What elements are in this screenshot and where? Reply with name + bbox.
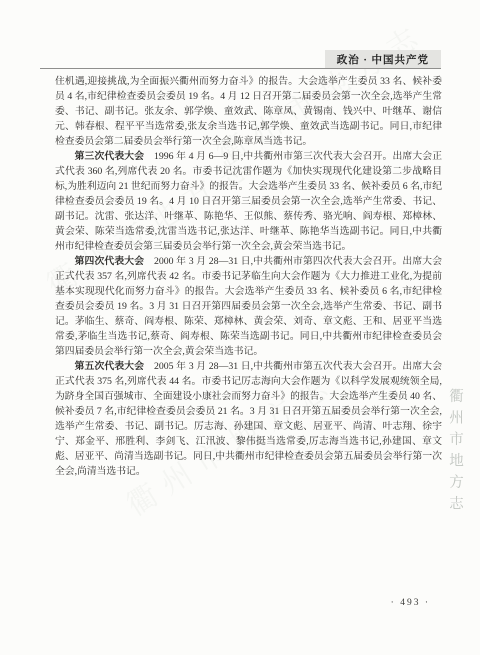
paragraph-text: 1996 年 4 月 6—9 日,中共衢州市第三次代表大会召开。出席大会正式代表… xyxy=(55,151,442,252)
header-rule xyxy=(40,68,441,69)
paragraph-text: 住机遇,迎接挑战,为全面振兴衢州而努力奋斗》的报告。大会选举产生委员 33 名、… xyxy=(55,76,442,147)
paragraph: 第三次代表大会 1996 年 4 月 6—9 日,中共衢州市第三次代表大会召开。… xyxy=(55,149,442,254)
page-body: 住机遇,迎接挑战,为全面振兴衢州而努力奋斗》的报告。大会选举产生委员 33 名、… xyxy=(55,74,442,479)
paragraph: 第五次代表大会 2005 年 3 月 28—31 日,中共衢州市第五次代表大会召… xyxy=(55,359,442,479)
paragraph-text: 2000 年 3 月 28—31 日,中共衢州市第四次代表大会召开。出席大会正式… xyxy=(55,256,442,357)
paragraph-lead: 第五次代表大会 xyxy=(75,361,154,372)
book-page: 衢州市地方志 衢州市地方志 衢州市地方志 政治 · 中国共产党 住机遇,迎接挑战… xyxy=(0,0,480,655)
vertical-watermark: 衢州市地方志 xyxy=(445,388,466,517)
section-header-tab: 政治 · 中国共产党 xyxy=(325,50,441,68)
page-number: · 493 · xyxy=(391,598,430,608)
paragraph-lead: 第四次代表大会 xyxy=(75,256,154,267)
section-header-label: 政治 · 中国共产党 xyxy=(337,52,429,67)
paragraph-lead: 第三次代表大会 xyxy=(75,151,154,162)
paragraph: 住机遇,迎接挑战,为全面振兴衢州而努力奋斗》的报告。大会选举产生委员 33 名、… xyxy=(55,74,442,149)
paragraph-text: 2005 年 3 月 28—31 日,中共衢州市第五次代表大会召开。出席大会正式… xyxy=(55,361,442,477)
paragraph: 第四次代表大会 2000 年 3 月 28—31 日,中共衢州市第四次代表大会召… xyxy=(55,254,442,359)
